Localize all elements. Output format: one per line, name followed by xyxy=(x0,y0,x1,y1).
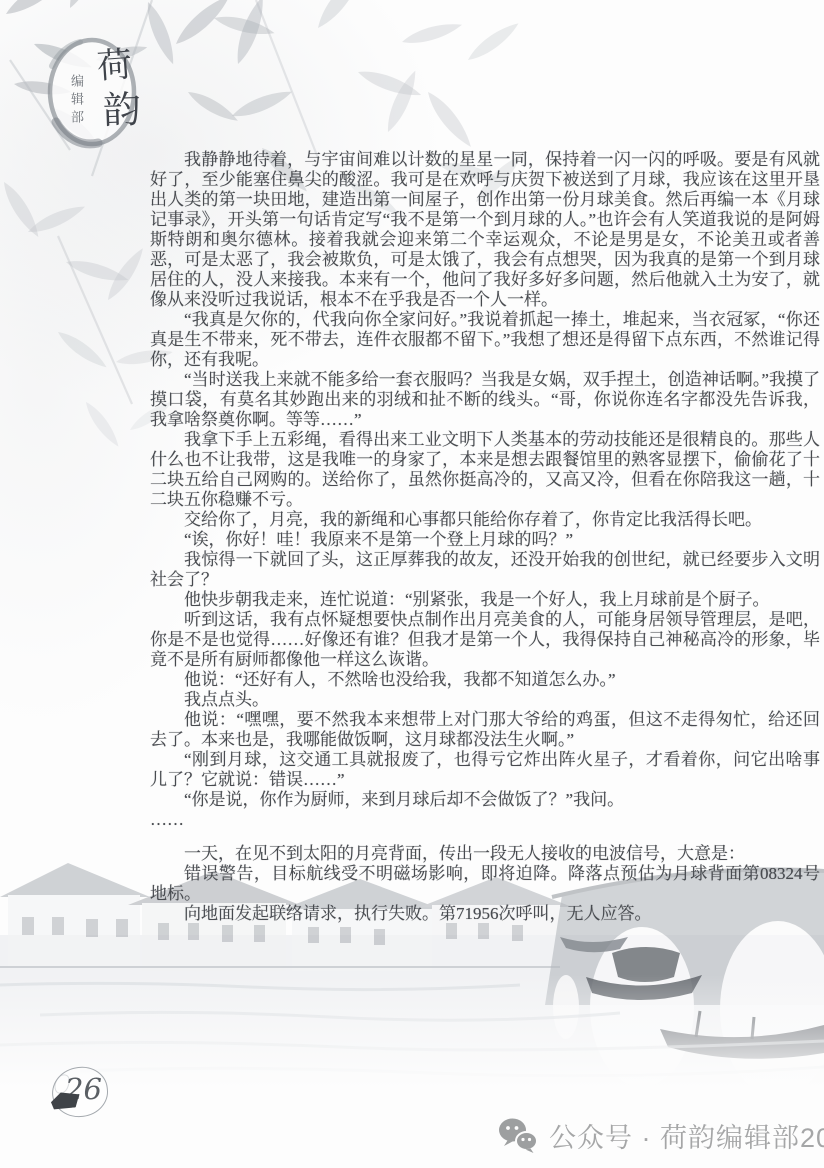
logo-title-char-top: 荷 xyxy=(96,47,133,84)
logo-title-char-bottom: 韵 xyxy=(102,91,141,130)
paragraph: “诶，你好！哇！我原来不是第一个登上月球的吗？” xyxy=(150,530,820,550)
paragraph: 听到这话，我有点怀疑想要快点制作出月亮美食的人，可能身居领导管理层，是吧，你是不… xyxy=(150,610,820,670)
paragraph: 我拿下手上五彩绳，看得出来工业文明下人类基本的劳动技能还是很精良的。那些人什么也… xyxy=(150,430,820,510)
paragraph: 交给你了，月亮，我的新绳和心事都只能给你存着了，你肯定比我活得长吧。 xyxy=(150,510,820,530)
paragraph: “当时送我上来就不能多给一套衣服吗？当我是女娲，双手捏土，创造神话啊。”我摸了摸… xyxy=(150,370,820,430)
paragraph: 他说：“嘿嘿，要不然我本来想带上对门那大爷给的鸡蛋，但这不走得匆忙，给还回去了。… xyxy=(150,710,820,750)
account-watermark: 公众号 · 荷韵编辑部2015 xyxy=(498,1116,824,1155)
watermark-text: 公众号 · 荷韵编辑部2015 xyxy=(549,1116,824,1155)
paragraph: 一天，在见不到太阳的月亮背面，传出一段无人接收的电波信号，大意是： xyxy=(150,844,820,864)
paragraph: “你是说，你作为厨师，来到月球后却不会做饭了？”我问。 xyxy=(150,790,820,810)
wechat-icon xyxy=(498,1118,538,1154)
magazine-page: 荷 韵 编辑部 xyxy=(0,0,824,1168)
logo-subtitle: 编辑部 xyxy=(70,74,83,128)
paragraph: 我惊得一下就回了头，这正厚葬我的故友，还没开始我的创世纪，就已经要步入文明社会了… xyxy=(150,550,820,590)
paragraph: 错误警告，目标航线受不明磁场影响，即将迫降。降落点预估为月球背面第08324号地… xyxy=(150,864,820,904)
paragraph: “我真是欠你的，代我向你全家问好。”我说着抓起一捧土，堆起来，当衣冠冢，“你还真… xyxy=(150,310,820,370)
story-text: 我静静地待着，与宇宙间难以计数的星星一同，保持着一闪一闪的呼吸。要是有风就好了，… xyxy=(150,150,820,924)
paragraph: 我静静地待着，与宇宙间难以计数的星星一同，保持着一闪一闪的呼吸。要是有风就好了，… xyxy=(150,150,820,310)
paragraph: 向地面发起联络请求，执行失败。第71956次呼叫，无人应答。 xyxy=(150,904,820,924)
paragraph: 他说：“还好有人，不然啥也没给我，我都不知道怎么办。” xyxy=(150,670,820,690)
paragraph: “刚到月球，这交通工具就报废了，也得亏它炸出阵火星子，才看着你，问它出啥事儿了？… xyxy=(150,750,820,790)
paragraph: 他快步朝我走来，连忙说道：“别紧张，我是一个好人，我上月球前是个厨子。 xyxy=(150,590,820,610)
ellipsis-line: …… xyxy=(150,810,820,830)
paragraph: 我点点头。 xyxy=(150,690,820,710)
